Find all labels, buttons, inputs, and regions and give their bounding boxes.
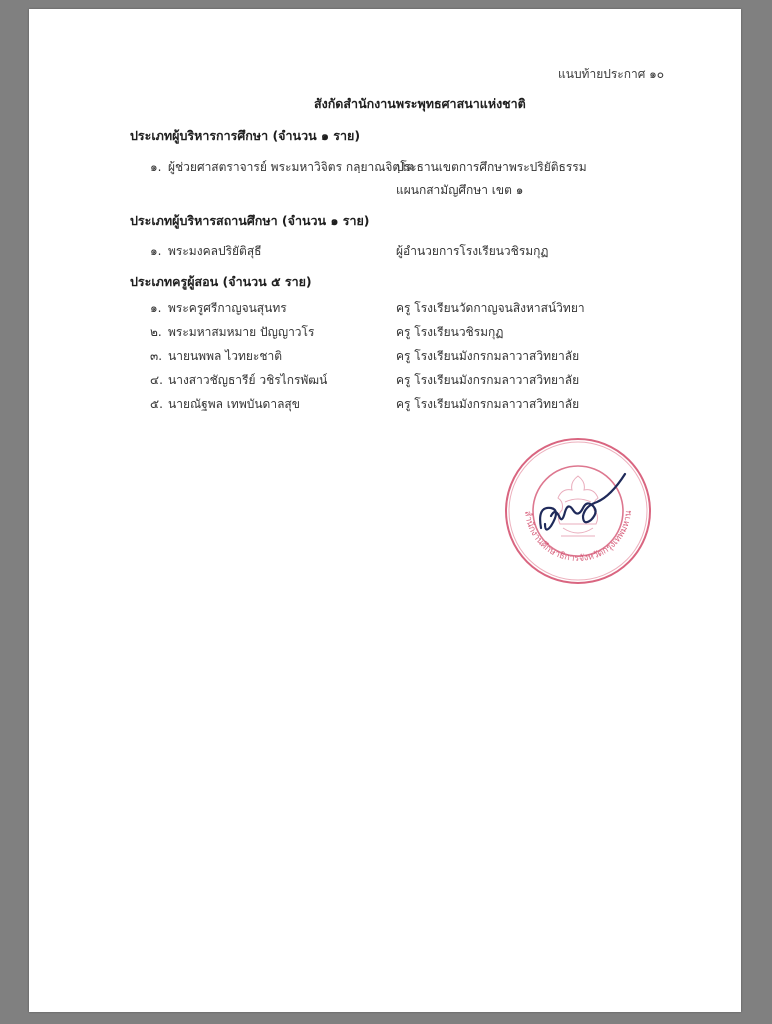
entry-number: ๑. [150,243,161,259]
entry-position: ครู โรงเรียนมังกรกมลาวาสวิทยาลัย [396,372,579,388]
svg-text:สำนักงานศึกษาธิการจังหวัดกรุงเ: สำนักงานศึกษาธิการจังหวัดกรุงเทพมหานคร [503,436,634,564]
entry-name: พระครูศรีกาญจนสุนทร [168,300,287,316]
document-page: แนบท้ายประกาศ ๑๐ สังกัดสำนักงานพระพุทธศา… [29,9,741,1012]
entry-position-line2: แผนกสามัญศึกษา เขต ๑ [396,182,523,198]
entry-position: ประธานเขตการศึกษาพระปริยัติธรรม [396,159,587,175]
entry-name: นายณัฐพล เทพบันดาลสุข [168,396,300,412]
section-heading-teachers: ประเภทครูผู้สอน (จำนวน ๕ ราย) [130,274,312,290]
annex-label: แนบท้ายประกาศ ๑๐ [558,66,664,82]
entry-name: นายนพพล ไวทยะชาติ [168,348,282,364]
section-heading-school-administrator: ประเภทผู้บริหารสถานศึกษา (จำนวน ๑ ราย) [130,213,370,229]
entry-position: ผู้อำนวยการโรงเรียนวชิรมกุฏ [396,243,549,259]
entry-name: พระมหาสมหมาย ปัญญาวโร [168,324,314,340]
entry-number: ๑. [150,159,161,175]
entry-number: ๒. [150,324,162,340]
entry-position: ครู โรงเรียนวชิรมกุฏ [396,324,503,340]
entry-name: นางสาวชัญธารีย์ วชิรไกรพัฒน์ [168,372,327,388]
entry-number: ๔. [150,372,163,388]
entry-number: ๓. [150,348,162,364]
entry-position: ครู โรงเรียนมังกรกมลาวาสวิทยาลัย [396,348,579,364]
entry-number: ๕. [150,396,163,412]
entry-position: ครู โรงเรียนวัดกาญจนสิงหาสน์วิทยา [396,300,585,316]
entry-number: ๑. [150,300,161,316]
entry-name: ผู้ช่วยศาสตราจารย์ พระมหาวิจิตร กลฺยาณจิ… [168,159,414,175]
official-seal-icon: สำนักงานศึกษาธิการจังหวัดกรุงเทพมหานคร [503,436,653,586]
agency-heading: สังกัดสำนักงานพระพุทธศาสนาแห่งชาติ [314,96,526,112]
entry-position: ครู โรงเรียนมังกรกมลาวาสวิทยาลัย [396,396,579,412]
section-heading-education-administrator: ประเภทผู้บริหารการศึกษา (จำนวน ๑ ราย) [130,128,360,144]
entry-name: พระมงคลปริยัติสุธี [168,243,262,259]
